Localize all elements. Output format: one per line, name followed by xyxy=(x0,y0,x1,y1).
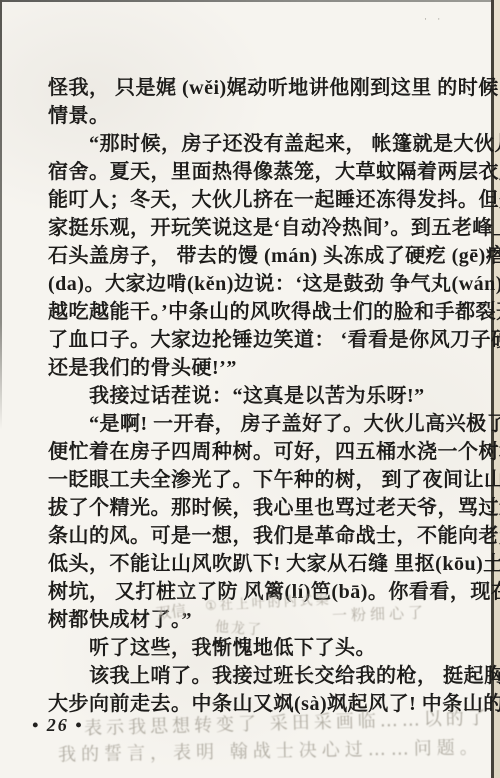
text-line: “那时候，房子还没有盖起来， 帐篷就是大伙儿的 xyxy=(48,130,472,158)
scan-edge-top xyxy=(0,0,500,2)
text-line: 宿舍。夏天，里面热得像蒸笼，大草蚊隔着两层衣服还 xyxy=(48,158,472,186)
text-line: 条山的风。可是一想，我们是革命战士，不能向老天爷 xyxy=(48,522,472,550)
text-line: 情景。 xyxy=(48,102,472,130)
text-line: 石头盖房子， 带去的馒 (mán) 头冻成了硬疙 (gē)瘩 xyxy=(48,242,472,270)
pencil-margin-note: 他龙了 xyxy=(214,616,263,639)
text-line: 能叮人；冬天，大伙儿挤在一起睡还冻得发抖。但是大 xyxy=(48,186,472,214)
text-line: 低头，不能让山风吹趴下! 大家从石缝 里抠(kōu)土垫 xyxy=(48,550,472,578)
text-line: 越吃越能干。’中条山的风吹得战士们的脸和手都裂开 xyxy=(48,298,472,326)
text-line: 一眨眼工夫全渗光了。下午种的树， 到了夜间让山风 xyxy=(48,466,472,494)
text-line: 该我上哨了。我接过班长交给我的枪， 挺起胸膛 xyxy=(48,662,472,690)
scan-edge-right-strip xyxy=(494,0,500,778)
paper-speck: · · xyxy=(424,14,444,24)
scan-edge-left xyxy=(0,0,2,430)
text-line: 还是我们的骨头硬!’” xyxy=(48,354,472,382)
text-line: 我接过话茬说：“这真是以苦为乐呀!” xyxy=(48,382,472,410)
pencil-margin-note: 双信 xyxy=(155,599,188,624)
text-line: “是啊! 一开春， 房子盖好了。大伙儿高兴极了， xyxy=(48,410,472,438)
text-line: 了血口子。大家边抡锤边笑道： ‘看看是你风刀子硬， xyxy=(48,326,472,354)
scanned-book-page: · · · 怪我， 只是娓 (wěi)娓动听地讲他刚到这里 的时候的 情景。 “… xyxy=(0,0,500,778)
text-line: 怪我， 只是娓 (wěi)娓动听地讲他刚到这里 的时候的 xyxy=(48,74,472,102)
text-line: 便忙着在房子四周种树。可好，四五桶水浇一个树坑， xyxy=(48,438,472,466)
text-line: (da)。大家边啃(kěn)边说：‘这是鼓劲 争气丸(wán)， xyxy=(48,270,472,298)
text-line: 拔了个精光。那时候，我心里也骂过老天爷，骂过这中 xyxy=(48,494,472,522)
text-line: 家挺乐观，开玩笑说这是‘自动冷热间’。到五老峰上采 xyxy=(48,214,472,242)
pencil-margin-note: 一粉细心了 xyxy=(332,601,428,625)
